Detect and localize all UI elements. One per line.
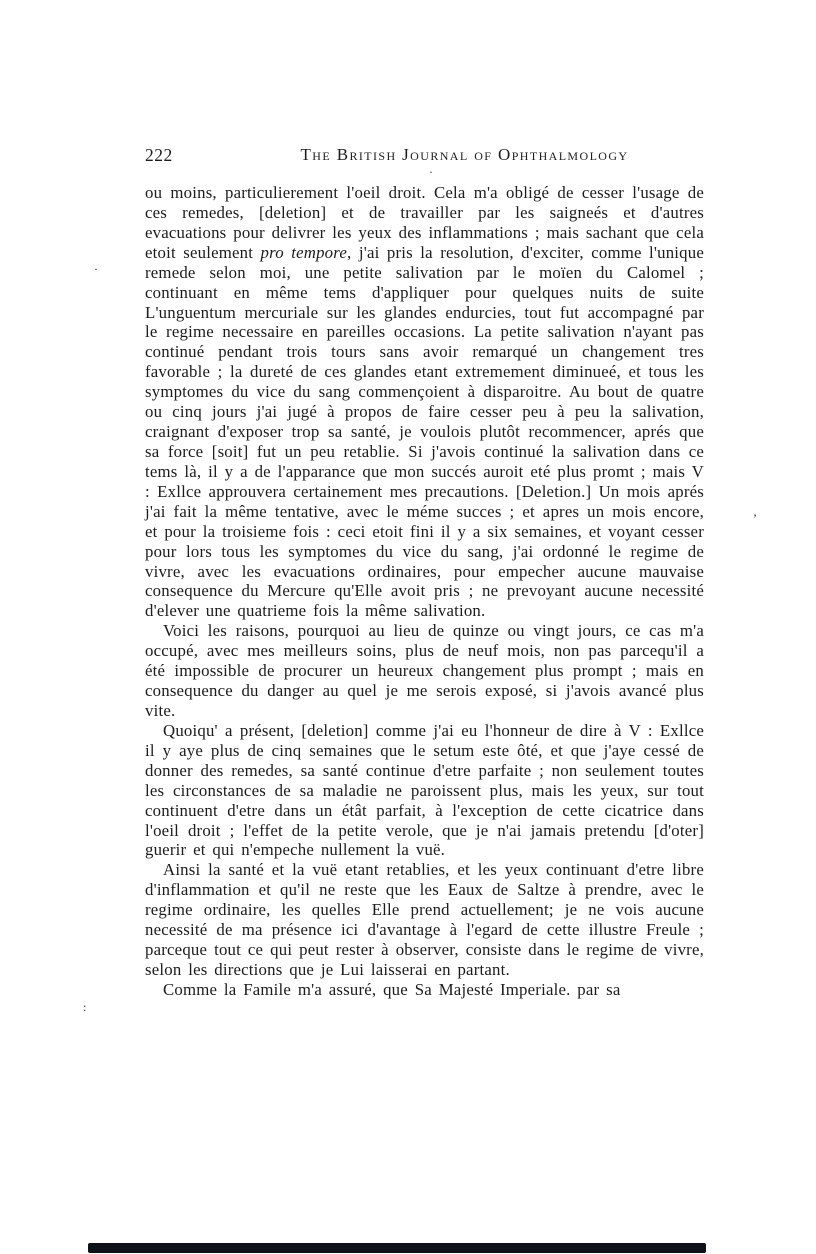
paragraph-text: Quoiqu' a présent, [deletion] comme j'ai… bbox=[145, 721, 704, 860]
scanned-page: 222 The British Journal of Ophthalmology… bbox=[0, 0, 816, 1254]
latin-phrase-italic: pro tempore bbox=[261, 243, 348, 262]
body-paragraph: Quoiqu' a présent, [deletion] comme j'ai… bbox=[145, 721, 704, 860]
paragraph-text: Comme la Famile m'a assuré, que Sa Majes… bbox=[163, 980, 621, 999]
scan-speck: : bbox=[83, 1001, 86, 1013]
journal-title: The British Journal of Ophthalmology bbox=[225, 145, 704, 165]
page-header: 222 The British Journal of Ophthalmology bbox=[145, 145, 704, 167]
body-paragraph: Ainsi la santé et la vuë etant retablies… bbox=[145, 860, 704, 980]
body-paragraph: Voici les raisons, pourquoi au lieu de q… bbox=[145, 621, 704, 721]
paragraph-text: , j'ai pris la resolution, d'exciter, co… bbox=[145, 243, 704, 621]
paragraph-text: Ainsi la santé et la vuë etant retablies… bbox=[145, 860, 704, 979]
scan-speck: · bbox=[94, 263, 98, 275]
scan-speck: ’ bbox=[753, 512, 757, 524]
body-paragraph: Comme la Famile m'a assuré, que Sa Majes… bbox=[145, 980, 704, 1000]
page-body: ou moins, particulierement l'oeil droit.… bbox=[145, 183, 704, 1000]
page-number: 222 bbox=[145, 145, 173, 166]
scan-edge-bar bbox=[88, 1243, 706, 1253]
scan-speck: · bbox=[429, 166, 433, 178]
paragraph-text: Voici les raisons, pourquoi au lieu de q… bbox=[145, 621, 704, 720]
body-paragraph: ou moins, particulierement l'oeil droit.… bbox=[145, 183, 704, 621]
